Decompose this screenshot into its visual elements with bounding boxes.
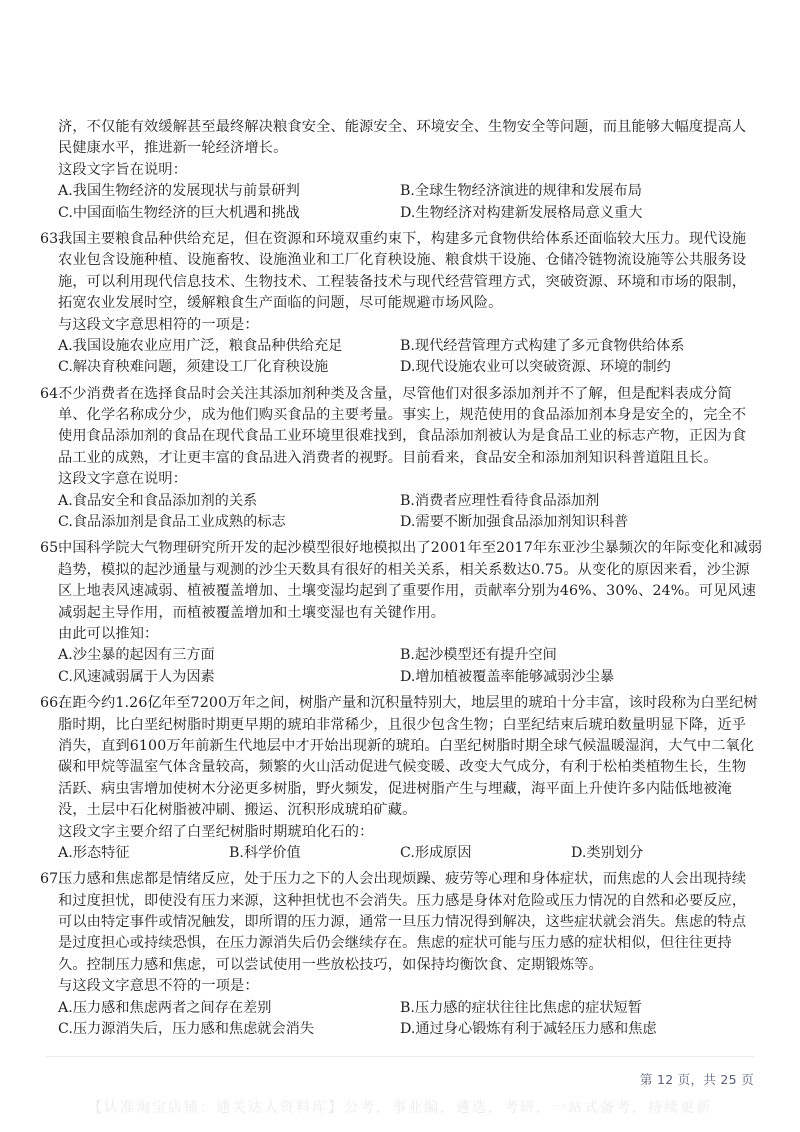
option-b[interactable]: B.现代经营管理方式构建了多元食物供给体系 (400, 336, 742, 357)
question-prompt: 由此可以推知： (40, 624, 756, 645)
question-66: 66.在距今约1.26亿年至7200万年之间，树脂产量和沉积量特别大，地层里的琥… (40, 693, 756, 864)
option-d[interactable]: D.现代设施农业可以突破资源、环境的制约 (400, 357, 742, 378)
question-number: 63. (40, 229, 58, 250)
question-64: 64.不少消费者在选择食品时会关注其添加剂种类及含量，尽管他们对很多添加剂并不了… (40, 384, 756, 534)
option-c[interactable]: C.压力源消失后，压力感和焦虑就会消失 (58, 1019, 400, 1040)
watermark-text: 【认准淘宝店铺：通关达人资料库】公考，事业编，遴选，考研，一站式备考，持续更新 (0, 1097, 800, 1117)
passage-line: 农业包含设施种植、设施畜牧、设施渔业和工厂化育秧设施、粮食烘干设施、仓储冷链物流… (40, 250, 756, 271)
options-row: C.食品添加剂是食品工业成熟的标志 D.需要不断加强食品添加剂知识科普 (40, 512, 756, 533)
passage-line: 活跃、病虫害增加使树木分泌更多树脂，野火频发，促进树脂产生与埋藏，海平面上升使许… (40, 779, 756, 800)
option-b[interactable]: B.科学价值 (229, 843, 400, 864)
option-b[interactable]: B.压力感的症状往往比焦虑的症状短暂 (400, 998, 742, 1019)
page-number: 第 12 页，共 25 页 (640, 1070, 754, 1088)
question-prompt: 这段文字意在说明： (40, 469, 756, 490)
question-number: 66. (40, 693, 58, 714)
passage-line: 消失，直到6100万年前新生代地层中才开始出现新的琥珀。白垩纪树脂时期全球气候温… (40, 736, 756, 757)
option-c[interactable]: C.形成原因 (400, 843, 571, 864)
options-row: A.形态特征 B.科学价值 C.形成原因 D.类别划分 (40, 843, 756, 864)
option-d[interactable]: D.类别划分 (571, 843, 742, 864)
page-content: 济，不仅能有效缓解甚至最终解决粮食安全、能源安全、环境安全、生物安全等问题，而且… (40, 117, 756, 1040)
passage-line: 压力感和焦虑都是情绪反应，处于压力之下的人会出现烦躁、疲劳等心理和身体症状，而焦… (58, 871, 746, 887)
options-row: A.压力感和焦虑两者之间存在差别 B.压力感的症状往往比焦虑的症状短暂 (40, 998, 756, 1019)
option-c[interactable]: C.中国面临生物经济的巨大机遇和挑战 (58, 203, 400, 224)
passage-line: 单、化学名称成分少，成为他们购买食品的主要考量。事实上，规范使用的食品添加剂本身… (40, 405, 756, 426)
footer-divider (46, 1056, 754, 1057)
options-row: C.风速减弱属于人为因素 D.增加植被覆盖率能够减弱沙尘暴 (40, 667, 756, 688)
options-row: A.沙尘暴的起因有三方面 B.起沙模型还有提升空间 (40, 645, 756, 666)
option-c[interactable]: C.食品添加剂是食品工业成熟的标志 (58, 512, 400, 533)
document-page: 济，不仅能有效缓解甚至最终解决粮食安全、能源安全、环境安全、生物安全等问题，而且… (0, 0, 800, 1132)
options-row: C.中国面临生物经济的巨大机遇和挑战 D.生物经济对构建新发展格局意义重大 (40, 203, 756, 224)
option-a[interactable]: A.我国设施农业应用广泛，粮食品种供给充足 (58, 336, 400, 357)
passage-line: 施，可以利用现代信息技术、生物技术、工程装备技术与现代经营管理方式，突破资源、环… (40, 272, 756, 293)
passage-line: 没，土层中石化树脂被冲刷、搬运、沉积形成琥珀矿藏。 (40, 800, 756, 821)
passage-line: 可以由特定事件或情况触发，即所谓的压力源，通常一旦压力情况得到解决，这些症状就会… (40, 912, 756, 933)
question-prompt: 与这段文字意思不符的一项是： (40, 976, 756, 997)
passage-line: 和过度担忧，即使没有压力来源，这种担忧也不会消失。压力感是身体对危险或压力情况的… (40, 891, 756, 912)
option-d[interactable]: D.需要不断加强食品添加剂知识科普 (400, 512, 742, 533)
question-prompt: 这段文字主要介绍了白垩纪树脂时期琥珀化石的： (40, 822, 756, 843)
question-number: 65. (40, 538, 58, 559)
passage-line: 趋势，模拟的起沙通量与观测的沙尘天数具有很好的相关关系，相关系数达0.75。从变… (40, 560, 756, 581)
option-d[interactable]: D.增加植被覆盖率能够减弱沙尘暴 (400, 667, 742, 688)
passage-line: 碳和甲烷等温室气体含量较高，频繁的火山活动促进气候变暖、改变大气成分，有利于松柏… (40, 757, 756, 778)
option-d[interactable]: D.生物经济对构建新发展格局意义重大 (400, 203, 742, 224)
passage-line: 使用食品添加剂的食品在现代食品工业环境里很难找到，食品添加剂被认为是食品工业的标… (40, 426, 756, 447)
option-c[interactable]: C.风速减弱属于人为因素 (58, 667, 400, 688)
option-b[interactable]: B.消费者应理性看待食品添加剂 (400, 491, 742, 512)
passage-line: 区上地表风速减弱、植被覆盖增加、土壤变湿均起到了重要作用，贡献率分别为46%、3… (40, 581, 756, 602)
options-row: C.解决育秧难问题，须建设工厂化育秧设施 D.现代设施农业可以突破资源、环境的制… (40, 357, 756, 378)
option-a[interactable]: A.我国生物经济的发展现状与前景研判 (58, 181, 400, 202)
option-d[interactable]: D.通过身心锻炼有利于减轻压力感和焦虑 (400, 1019, 742, 1040)
option-a[interactable]: A.压力感和焦虑两者之间存在差别 (58, 998, 400, 1019)
passage-line: 中国科学院大气物理研究所开发的起沙模型很好地模拟出了2001年至2017年东亚沙… (58, 540, 762, 556)
passage-line: 减弱起主导作用，而植被覆盖增加和土壤变湿也有关键作用。 (40, 603, 756, 624)
passage-line: 久。控制压力感和焦虑，可以尝试使用一些放松技巧，如保持均衡饮食、定期锻炼等。 (40, 955, 756, 976)
question-prompt: 这段文字旨在说明： (40, 160, 756, 181)
options-row: C.压力源消失后，压力感和焦虑就会消失 D.通过身心锻炼有利于减轻压力感和焦虑 (40, 1019, 756, 1040)
question-65: 65.中国科学院大气物理研究所开发的起沙模型很好地模拟出了2001年至2017年… (40, 538, 756, 688)
option-a[interactable]: A.沙尘暴的起因有三方面 (58, 645, 400, 666)
question-62-continuation: 济，不仅能有效缓解甚至最终解决粮食安全、能源安全、环境安全、生物安全等问题，而且… (40, 117, 756, 224)
passage-line: 品工业的成熟，才让更丰富的食品进入消费者的视野。目前看来，食品安全和添加剂知识科… (40, 448, 756, 469)
passage-line: 是过度担心或持续恐惧，在压力源消失后仍会继续存在。焦虑的症状可能与压力感的症状相… (40, 933, 756, 954)
passage-line: 脂时期，比白垩纪树脂时期更早期的琥珀非常稀少，且很少包含生物；白垩纪结束后琥珀数… (40, 715, 756, 736)
option-c[interactable]: C.解决育秧难问题，须建设工厂化育秧设施 (58, 357, 400, 378)
passage-line: 济，不仅能有效缓解甚至最终解决粮食安全、能源安全、环境安全、生物安全等问题，而且… (40, 117, 756, 138)
option-a[interactable]: A.形态特征 (58, 843, 229, 864)
options-row: A.食品安全和食品添加剂的关系 B.消费者应理性看待食品添加剂 (40, 491, 756, 512)
question-prompt: 与这段文字意思相符的一项是： (40, 315, 756, 336)
option-b[interactable]: B.全球生物经济演进的规律和发展布局 (400, 181, 742, 202)
options-row: A.我国生物经济的发展现状与前景研判 B.全球生物经济演进的规律和发展布局 (40, 181, 756, 202)
question-67: 67.压力感和焦虑都是情绪反应，处于压力之下的人会出现烦躁、疲劳等心理和身体症状… (40, 869, 756, 1040)
options-row: A.我国设施农业应用广泛，粮食品种供给充足 B.现代经营管理方式构建了多元食物供… (40, 336, 756, 357)
passage-line: 不少消费者在选择食品时会关注其添加剂种类及含量，尽管他们对很多添加剂并不了解，但… (58, 386, 732, 402)
option-a[interactable]: A.食品安全和食品添加剂的关系 (58, 491, 400, 512)
question-number: 64. (40, 384, 58, 405)
question-number: 67. (40, 869, 58, 890)
passage-line: 在距今约1.26亿年至7200万年之间，树脂产量和沉积量特别大，地层里的琥珀十分… (58, 695, 758, 711)
option-b[interactable]: B.起沙模型还有提升空间 (400, 645, 742, 666)
passage-line: 拓宽农业发展时空，缓解粮食生产面临的问题，尽可能规避市场风险。 (40, 293, 756, 314)
passage-line: 我国主要粮食品种供给充足，但在资源和环境双重约束下，构建多元食物供给体系还面临较… (58, 231, 746, 247)
passage-line: 民健康水平，推进新一轮经济增长。 (40, 138, 756, 159)
question-63: 63.我国主要粮食品种供给充足，但在资源和环境双重约束下，构建多元食物供给体系还… (40, 229, 756, 379)
